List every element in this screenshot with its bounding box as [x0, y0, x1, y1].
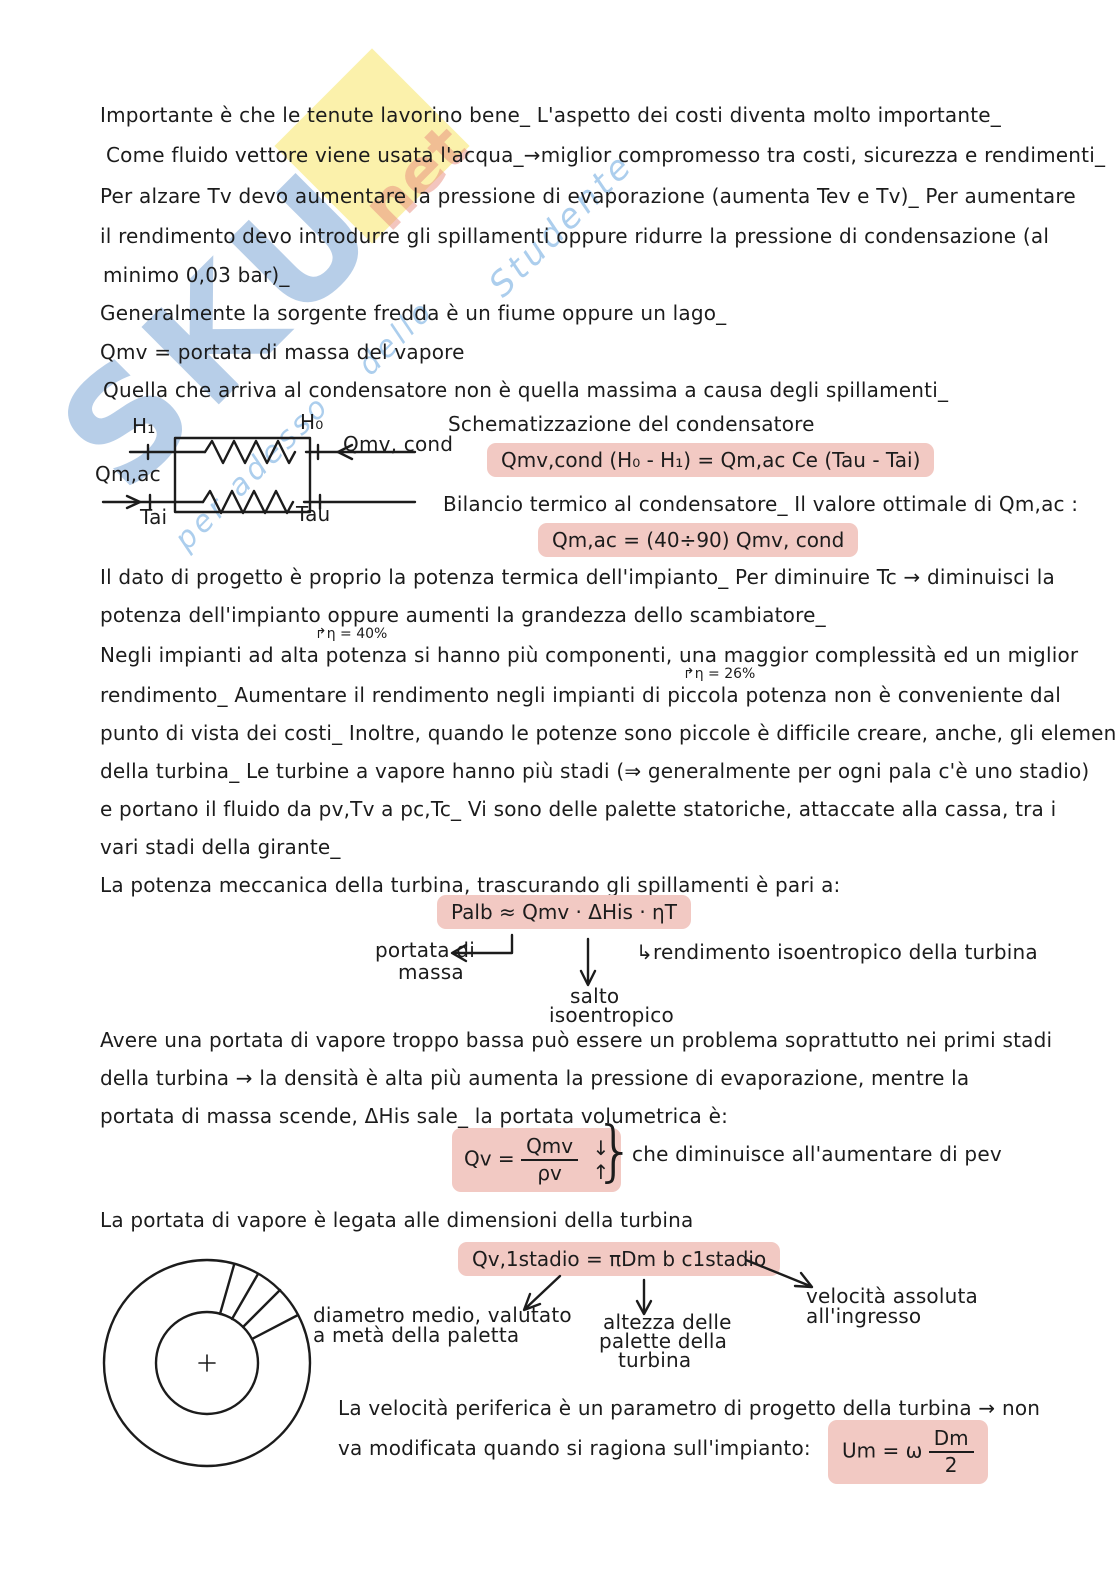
stage-label-diametro-line2: a metà della paletta	[313, 1323, 519, 1347]
condenser-label-h0: H₀	[300, 410, 323, 434]
note-line-7: Qmv = portata di massa del vapore	[100, 340, 465, 364]
note-line-4: il rendimento devo introdurre gli spilla…	[100, 224, 1049, 248]
condenser-label-tau: Tau	[296, 502, 330, 526]
note-line-17: La potenza meccanica della turbina, tras…	[100, 873, 841, 897]
stage-label-altezza-line3: turbina	[618, 1348, 691, 1372]
peripheral-numerator: Dm	[929, 1428, 974, 1453]
curly-brace: }	[594, 1112, 636, 1189]
note-line-1: Importante è che le tenute lavorino bene…	[100, 103, 1001, 127]
note-line-22: La velocità periferica è un parametro di…	[338, 1396, 1040, 1420]
volumetric-note: che diminuisce all'aumentare di pev	[632, 1142, 1002, 1166]
peripheral-fraction: Dm 2	[929, 1428, 974, 1476]
note-line-21: La portata di vapore è legata alle dimen…	[100, 1208, 693, 1232]
eta-26-annotation: ↱η = 26%	[683, 666, 755, 682]
volumetric-denominator: ρv	[521, 1161, 578, 1184]
condenser-label-h1: H₁	[132, 414, 155, 438]
note-line-16: vari stadi della girante_	[100, 835, 341, 859]
power-label-salto-line2: isoentropico	[549, 1003, 674, 1027]
peripheral-speed-formula: Um = ω Dm 2	[828, 1420, 988, 1484]
note-line-13: punto di vista dei costi_ Inoltre, quand…	[100, 721, 1116, 745]
power-formula: Palb ≈ Qmv · ΔHis · ηT	[437, 895, 691, 929]
stage-label-velocita-line2: all'ingresso	[806, 1304, 921, 1328]
volumetric-fraction: Qmv ρv	[521, 1136, 578, 1184]
notes-page: SKUnet per adesso dello Studente Importa…	[0, 0, 1116, 1579]
power-label-portata-line2: massa	[398, 960, 464, 984]
note-line-11: Negli impianti ad alta potenza si hanno …	[100, 643, 1078, 667]
note-line-9: Il dato di progetto è proprio la potenza…	[100, 565, 1055, 589]
eta-40-annotation: ↱η = 40%	[315, 626, 387, 642]
note-line-23: va modificata quando si ragiona sull'imp…	[338, 1436, 811, 1460]
peripheral-denominator: 2	[929, 1453, 974, 1476]
volumetric-lhs: Qv =	[464, 1147, 515, 1171]
condenser-label-qm-ac: Qm,ac	[95, 462, 161, 486]
power-label-portata-line1: portata di	[375, 938, 475, 962]
note-line-12: rendimento_ Aumentare il rendimento negl…	[100, 683, 1061, 707]
condenser-label-qmv-cond: Qmv, cond	[343, 432, 453, 456]
turbine-cross-section	[95, 1253, 320, 1475]
note-line-5: minimo 0,03 bar)_	[103, 263, 290, 287]
note-line-10: potenza dell'impianto oppure aumenti la …	[100, 603, 826, 627]
note-line-14: della turbina_ Le turbine a vapore hanno…	[100, 759, 1089, 783]
volumetric-numerator: Qmv	[521, 1136, 578, 1161]
condenser-schema-title: Schematizzazione del condensatore	[448, 412, 815, 436]
condenser-label-tai: Tai	[140, 505, 167, 529]
condenser-balance-caption: Bilancio termico al condensatore_ Il val…	[443, 492, 1078, 516]
note-line-15: e portano il fluido da pv,Tv a pc,Tc_ Vi…	[100, 797, 1056, 821]
condenser-optimal-formula: Qm,ac = (40÷90) Qmv, cond	[538, 523, 858, 557]
note-line-18: Avere una portata di vapore troppo bassa…	[100, 1028, 1052, 1052]
note-line-2: Come fluido vettore viene usata l'acqua_…	[106, 143, 1105, 167]
peripheral-lhs: Um = ω	[842, 1439, 922, 1463]
power-label-rendimento: ↳rendimento isoentropico della turbina	[636, 940, 1038, 964]
note-line-3: Per alzare Tv devo aumentare la pression…	[100, 184, 1076, 208]
note-line-6: Generalmente la sorgente fredda è un fiu…	[100, 301, 726, 325]
note-line-19: della turbina → la densità è alta più au…	[100, 1066, 969, 1090]
note-line-8: Quella che arriva al condensatore non è …	[103, 378, 948, 402]
condenser-balance-formula: Qmv,cond (H₀ - H₁) = Qm,ac Ce (Tau - Tai…	[487, 443, 934, 477]
